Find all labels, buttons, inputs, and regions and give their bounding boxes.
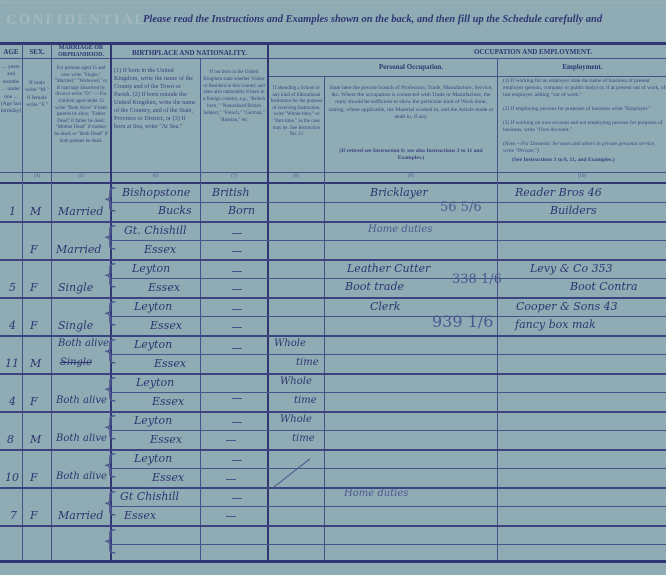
cell-school: Whole xyxy=(274,338,306,349)
note-personal-occupation: State here the precise branch of Profess… xyxy=(328,85,494,121)
dash-mark xyxy=(232,271,242,272)
cell-sex: F xyxy=(30,281,38,294)
cell-marriage: Both alive xyxy=(58,338,109,349)
cell-marriage: Single xyxy=(58,281,93,294)
dash-mark xyxy=(232,289,242,290)
col-divider-sex xyxy=(51,44,52,560)
cell-birthplace-county: Essex xyxy=(124,509,156,522)
dash-mark xyxy=(232,460,242,461)
col-divider-age xyxy=(22,44,23,560)
header-occupation-employment: OCCUPATION and EMPLOYMENT. xyxy=(400,48,666,56)
dash-mark xyxy=(232,327,242,328)
cell-nationality: British xyxy=(212,186,250,199)
cell-sex: F xyxy=(30,319,38,332)
cell-age: 7 xyxy=(10,509,17,522)
dash-mark xyxy=(232,309,242,310)
faded-stamp: CONFIDENTIAL xyxy=(6,12,147,29)
cell-sex: M xyxy=(30,357,41,370)
cell-birthplace-county: Bucks xyxy=(158,204,192,217)
cell-birthplace-county: Essex xyxy=(150,433,182,446)
cell-employer: Levy & Co 353 xyxy=(530,262,613,275)
header-birthplace-nationality: BIRTHPLACE and NATIONALITY. xyxy=(112,49,267,57)
note-employment-3: (3) If working on own account and not em… xyxy=(503,120,666,134)
dash-mark xyxy=(232,498,242,499)
cell-birthplace-town: Leyton xyxy=(134,300,172,313)
cell-birthplace-county: Essex xyxy=(154,357,186,370)
cell-nationality-2: Born xyxy=(228,204,255,217)
school-slash-mark xyxy=(272,459,310,489)
cell-age: 10 xyxy=(5,471,19,484)
note-sex: If male write "M." if female write "F." xyxy=(24,80,50,110)
note-nationality: If not born in the United Kingdom state … xyxy=(202,70,266,124)
colnum-sex: (4) xyxy=(23,174,51,179)
cell-marriage: Both alive xyxy=(56,433,107,444)
dash-mark xyxy=(232,251,242,252)
cell-school-2: time xyxy=(292,433,315,444)
cell-marriage: Married xyxy=(56,243,101,256)
note-personal-occupation-retired: (If retired see Instruction 6; see also … xyxy=(328,148,494,162)
colnum-birthplace: (6) xyxy=(111,174,200,179)
cell-birthplace-county: Essex xyxy=(144,243,176,256)
cell-birthplace-town: Leyton xyxy=(134,452,172,465)
note-employment-1: (1) If working for an employer state the… xyxy=(503,78,666,99)
colnum-school: (8) xyxy=(268,174,324,179)
cell-occupation: Clerk xyxy=(370,300,400,313)
dash-mark xyxy=(232,233,242,234)
note-school: If attending a School or any kind of Edu… xyxy=(270,86,323,139)
colnum-personal-occupation: (9) xyxy=(325,174,497,179)
cell-marriage: Married xyxy=(58,205,103,218)
cell-sex: F xyxy=(30,471,38,484)
cell-occupation: Bricklayer xyxy=(370,186,428,199)
body-bottom-rule xyxy=(0,560,666,563)
note-employment-domestic: (Note.—For Domestic Servants and others … xyxy=(503,141,666,155)
cell-birthplace-town: Leyton xyxy=(134,414,172,427)
header-personal-occupation: Personal Occupation. xyxy=(326,63,496,71)
dash-mark xyxy=(232,348,242,349)
cell-birthplace-town: Leyton xyxy=(132,262,170,275)
cell-employer: Reader Bros 46 xyxy=(515,186,602,199)
body-top-rule xyxy=(0,182,666,184)
header-employment: Employment. xyxy=(499,63,666,71)
cell-marriage: Single xyxy=(58,319,93,332)
cell-school-2: time xyxy=(296,357,319,368)
census-schedule-page: CONFIDENTIAL Please read the Instruction… xyxy=(0,0,666,575)
cell-sex: M xyxy=(30,205,41,218)
cell-employer: Cooper & Sons 43 xyxy=(516,300,618,313)
colnum-employment: (10) xyxy=(498,174,666,179)
cell-birthplace-county: Essex xyxy=(152,395,184,408)
cell-age: 1 xyxy=(9,205,16,218)
cell-birthplace-county: Essex xyxy=(148,281,180,294)
cell-occupation-code: 939 1/6 xyxy=(432,312,493,331)
cell-sex: F xyxy=(30,243,38,256)
cell-age: 8 xyxy=(7,433,14,446)
dash-mark xyxy=(226,440,236,441)
perforation-edge xyxy=(0,2,666,5)
cell-marriage: Married xyxy=(58,509,103,522)
colnum-nationality: (7) xyxy=(201,174,267,179)
cell-occupation: Home duties xyxy=(368,224,432,235)
cell-occupation: Home duties xyxy=(344,488,408,499)
note-birthplace: (1) If born in the United Kingdom, write… xyxy=(114,67,198,131)
cell-marriage: Both alive xyxy=(56,471,107,482)
header-marriage: MARRIAGE or ORPHANHOOD. xyxy=(53,45,109,59)
cell-occupation-2: Boot trade xyxy=(345,280,404,293)
cell-age: 4 xyxy=(9,319,16,332)
dash-mark xyxy=(232,422,242,423)
cell-birthplace-town: Gt Chishill xyxy=(120,490,179,503)
colnum-top-rule xyxy=(0,172,666,173)
dash-mark xyxy=(226,479,236,480)
dash-mark xyxy=(232,398,242,399)
cell-occupation-code: 56 5/6 xyxy=(440,200,482,215)
cell-birthplace-town: Gt. Chishill xyxy=(124,224,187,237)
cell-marriage-struck: Single xyxy=(60,357,92,368)
note-employment-see: (See Instructions 3 to 8, 11, and Exampl… xyxy=(512,157,666,164)
cell-birthplace-town: Bishopstone xyxy=(122,186,190,199)
colnum-marriage: (5) xyxy=(52,174,110,179)
occupation-subheader-rule xyxy=(268,76,666,77)
instructions-banner: Please read the Instructions and Example… xyxy=(143,14,602,25)
cell-employer-business: Boot Contra xyxy=(570,280,638,293)
note-marriage: For persons aged 15 and over write "Sing… xyxy=(53,66,109,145)
cell-occupation: Leather Cutter xyxy=(347,262,430,275)
cell-school: Whole xyxy=(280,414,312,425)
cell-school-2: time xyxy=(294,395,317,406)
cell-marriage: Both alive xyxy=(56,395,107,406)
col-divider-birthplace xyxy=(200,59,201,560)
cell-age: 11 xyxy=(5,357,19,370)
cell-birthplace-county: Essex xyxy=(150,319,182,332)
cell-age: 5 xyxy=(9,281,16,294)
dash-mark xyxy=(226,516,236,517)
col-divider-nationality xyxy=(267,44,269,560)
cell-employer-business: fancy box mak xyxy=(515,318,596,331)
cell-sex: F xyxy=(30,509,38,522)
header-age: AGE xyxy=(0,48,22,56)
cell-occupation-code: 338 1/6 xyxy=(452,272,502,287)
cell-birthplace-town: Leyton xyxy=(134,338,172,351)
cell-age: 4 xyxy=(9,395,16,408)
col-divider-occupation xyxy=(497,59,498,560)
note-employment-2: (2) If employing persons for purposes of… xyxy=(503,106,666,113)
cell-school: Whole xyxy=(280,376,312,387)
cell-birthplace-town: Leyton xyxy=(136,376,174,389)
header-sex: SEX. xyxy=(23,48,51,56)
cell-sex: F xyxy=(30,395,38,408)
cell-birthplace-county: Essex xyxy=(152,471,184,484)
cell-employer-business: Builders xyxy=(550,204,597,217)
cell-sex: M xyxy=(30,433,41,446)
note-age: ... years and months ... under one ... (… xyxy=(0,64,22,116)
